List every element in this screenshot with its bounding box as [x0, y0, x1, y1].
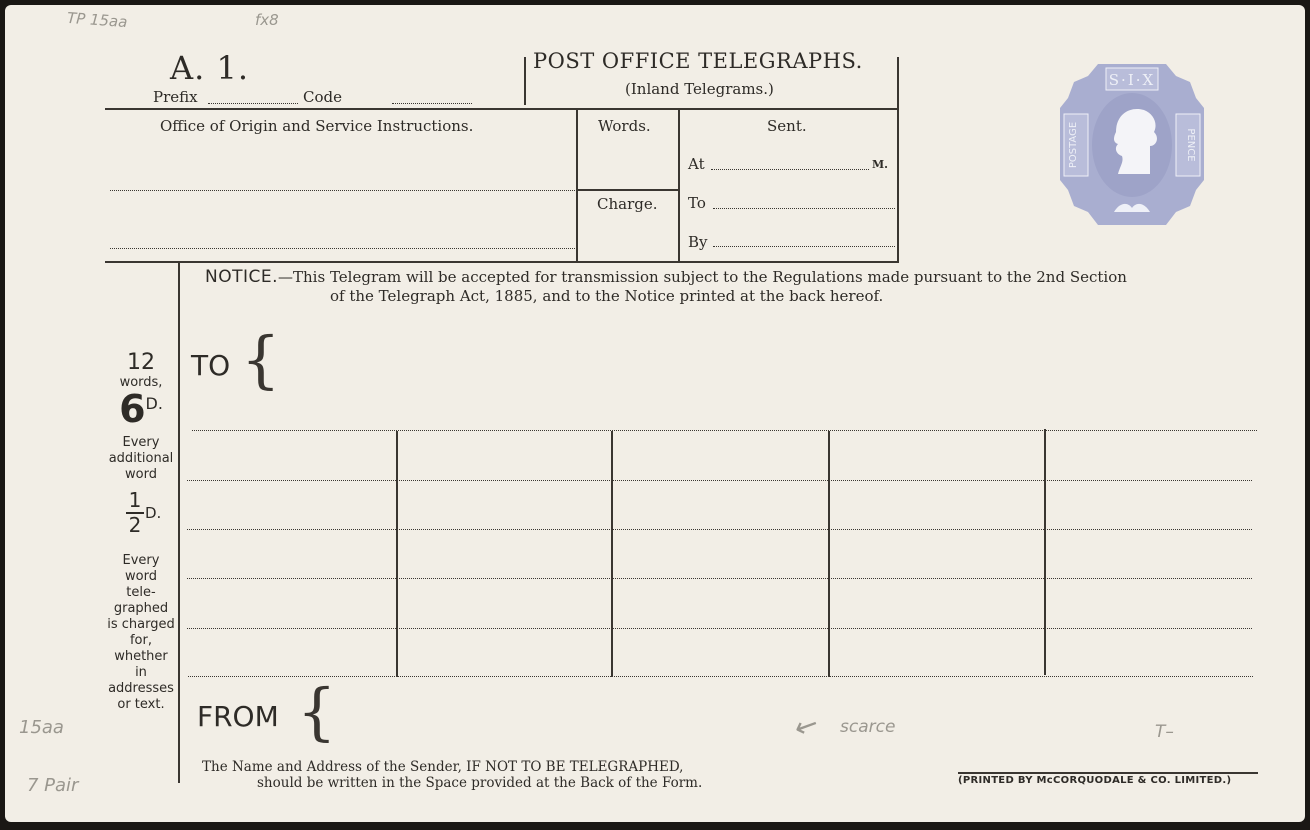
printer-imprint: (PRINTED BY McCORQUODALE & CO. LIMITED.)	[958, 775, 1231, 786]
charged-line: for,	[105, 633, 177, 649]
charged-line: whether	[105, 649, 177, 665]
embossed-stamp: S·I·X POSTAGE PENCE	[1058, 62, 1206, 227]
pencil-note-t: T–	[1155, 722, 1174, 742]
half-numerator: 1	[127, 489, 143, 511]
charged-line: graphed	[105, 601, 177, 617]
m-label: M.	[872, 158, 888, 171]
queen-victoria-stamp-icon: S·I·X POSTAGE PENCE	[1058, 62, 1206, 227]
charged-line: in	[105, 665, 177, 681]
to-address-field[interactable]	[270, 335, 1250, 425]
rate-price-value: 6	[119, 387, 145, 431]
charged-note: Every word tele- graphed is charged for,…	[105, 553, 177, 713]
rate-price-unit: D.	[146, 394, 163, 413]
notice-line-1: —This Telegram will be accepted for tran…	[278, 268, 1127, 286]
by-label: By	[688, 233, 708, 251]
pencil-note-bottom-left-2: 7 Pair	[27, 775, 78, 796]
message-text-area[interactable]	[190, 433, 1255, 676]
words-charge-divider	[576, 189, 680, 191]
prefix-label: Prefix	[153, 88, 198, 106]
office-of-origin-field-2[interactable]	[110, 248, 575, 249]
charged-line: addresses	[105, 681, 177, 697]
pencil-note-top-left: TP 15aa	[66, 9, 128, 31]
form-subtitle: (Inland Telegrams.)	[625, 80, 774, 98]
charged-line: is charged	[105, 617, 177, 633]
charged-line: tele-	[105, 585, 177, 601]
sent-label: Sent.	[767, 117, 807, 135]
svg-text:POSTAGE: POSTAGE	[1068, 122, 1079, 168]
header-bottom-rule	[105, 261, 899, 263]
form-code: A. 1.	[170, 49, 249, 87]
pencil-arrow-icon: ↙	[789, 706, 824, 746]
rate-word-count: 12	[105, 351, 177, 375]
notice-heading: NOTICE.	[205, 267, 278, 287]
half-unit: D.	[145, 504, 161, 522]
charge-label: Charge.	[597, 195, 658, 213]
pencil-note-top-mid: fx8	[255, 11, 279, 29]
notice-line-2: of the Telegraph Act, 1885, and to the N…	[330, 287, 883, 305]
svg-text:PENCE: PENCE	[1185, 128, 1196, 161]
words-left-border	[576, 108, 578, 263]
title-divider	[524, 57, 526, 105]
message-row-line-6	[188, 676, 1253, 677]
printer-rule	[958, 772, 1258, 774]
charged-line: or text.	[105, 697, 177, 713]
svg-text:S·I·X: S·I·X	[1109, 71, 1155, 89]
code-field[interactable]	[392, 103, 472, 104]
sender-note-line-2: should be written in the Space provided …	[257, 775, 702, 791]
code-label: Code	[303, 88, 342, 106]
rate-price: 6D.	[105, 391, 177, 435]
at-label: At	[688, 155, 705, 173]
to-label: TO	[191, 349, 230, 382]
sent-by-field[interactable]	[713, 246, 895, 247]
office-of-origin-label: Office of Origin and Service Instruction…	[160, 117, 473, 135]
sent-to-field[interactable]	[713, 208, 895, 209]
charged-line: Every	[105, 553, 177, 569]
sent-to-label: To	[688, 194, 706, 212]
form-title: POST OFFICE TELEGRAPHS.	[533, 49, 863, 73]
rate-additional-label-1: Every	[105, 435, 177, 451]
pencil-note-scarce: scarce	[840, 717, 895, 737]
sent-at-field[interactable]	[711, 169, 869, 170]
message-row-line-1	[192, 430, 1257, 431]
rates-panel: 12 words, 6D. Every additional word 1 2 …	[105, 351, 177, 713]
rate-additional-label-3: word	[105, 467, 177, 483]
notice-text: NOTICE.—This Telegram will be accepted f…	[205, 267, 1127, 287]
header-right-border	[897, 57, 899, 263]
pencil-note-bottom-left-1: 15aa	[19, 717, 64, 738]
office-of-origin-field-1[interactable]	[110, 190, 575, 191]
charged-line: word	[105, 569, 177, 585]
sender-note-line-1: The Name and Address of the Sender, IF N…	[202, 759, 683, 775]
words-label: Words.	[598, 117, 651, 135]
words-right-border	[678, 108, 680, 263]
rate-additional-label-2: additional	[105, 451, 177, 467]
rates-column-divider	[178, 263, 180, 783]
from-address-field[interactable]	[325, 685, 785, 755]
telegram-form-card: TP 15aa fx8 15aa 7 Pair scarce ↙ T– A. 1…	[5, 5, 1305, 822]
header-rule	[105, 108, 899, 110]
half-denominator: 2	[127, 514, 143, 536]
prefix-field[interactable]	[208, 103, 298, 104]
from-label: FROM	[197, 700, 279, 733]
rate-half-penny: 1 2 D.	[105, 489, 177, 537]
